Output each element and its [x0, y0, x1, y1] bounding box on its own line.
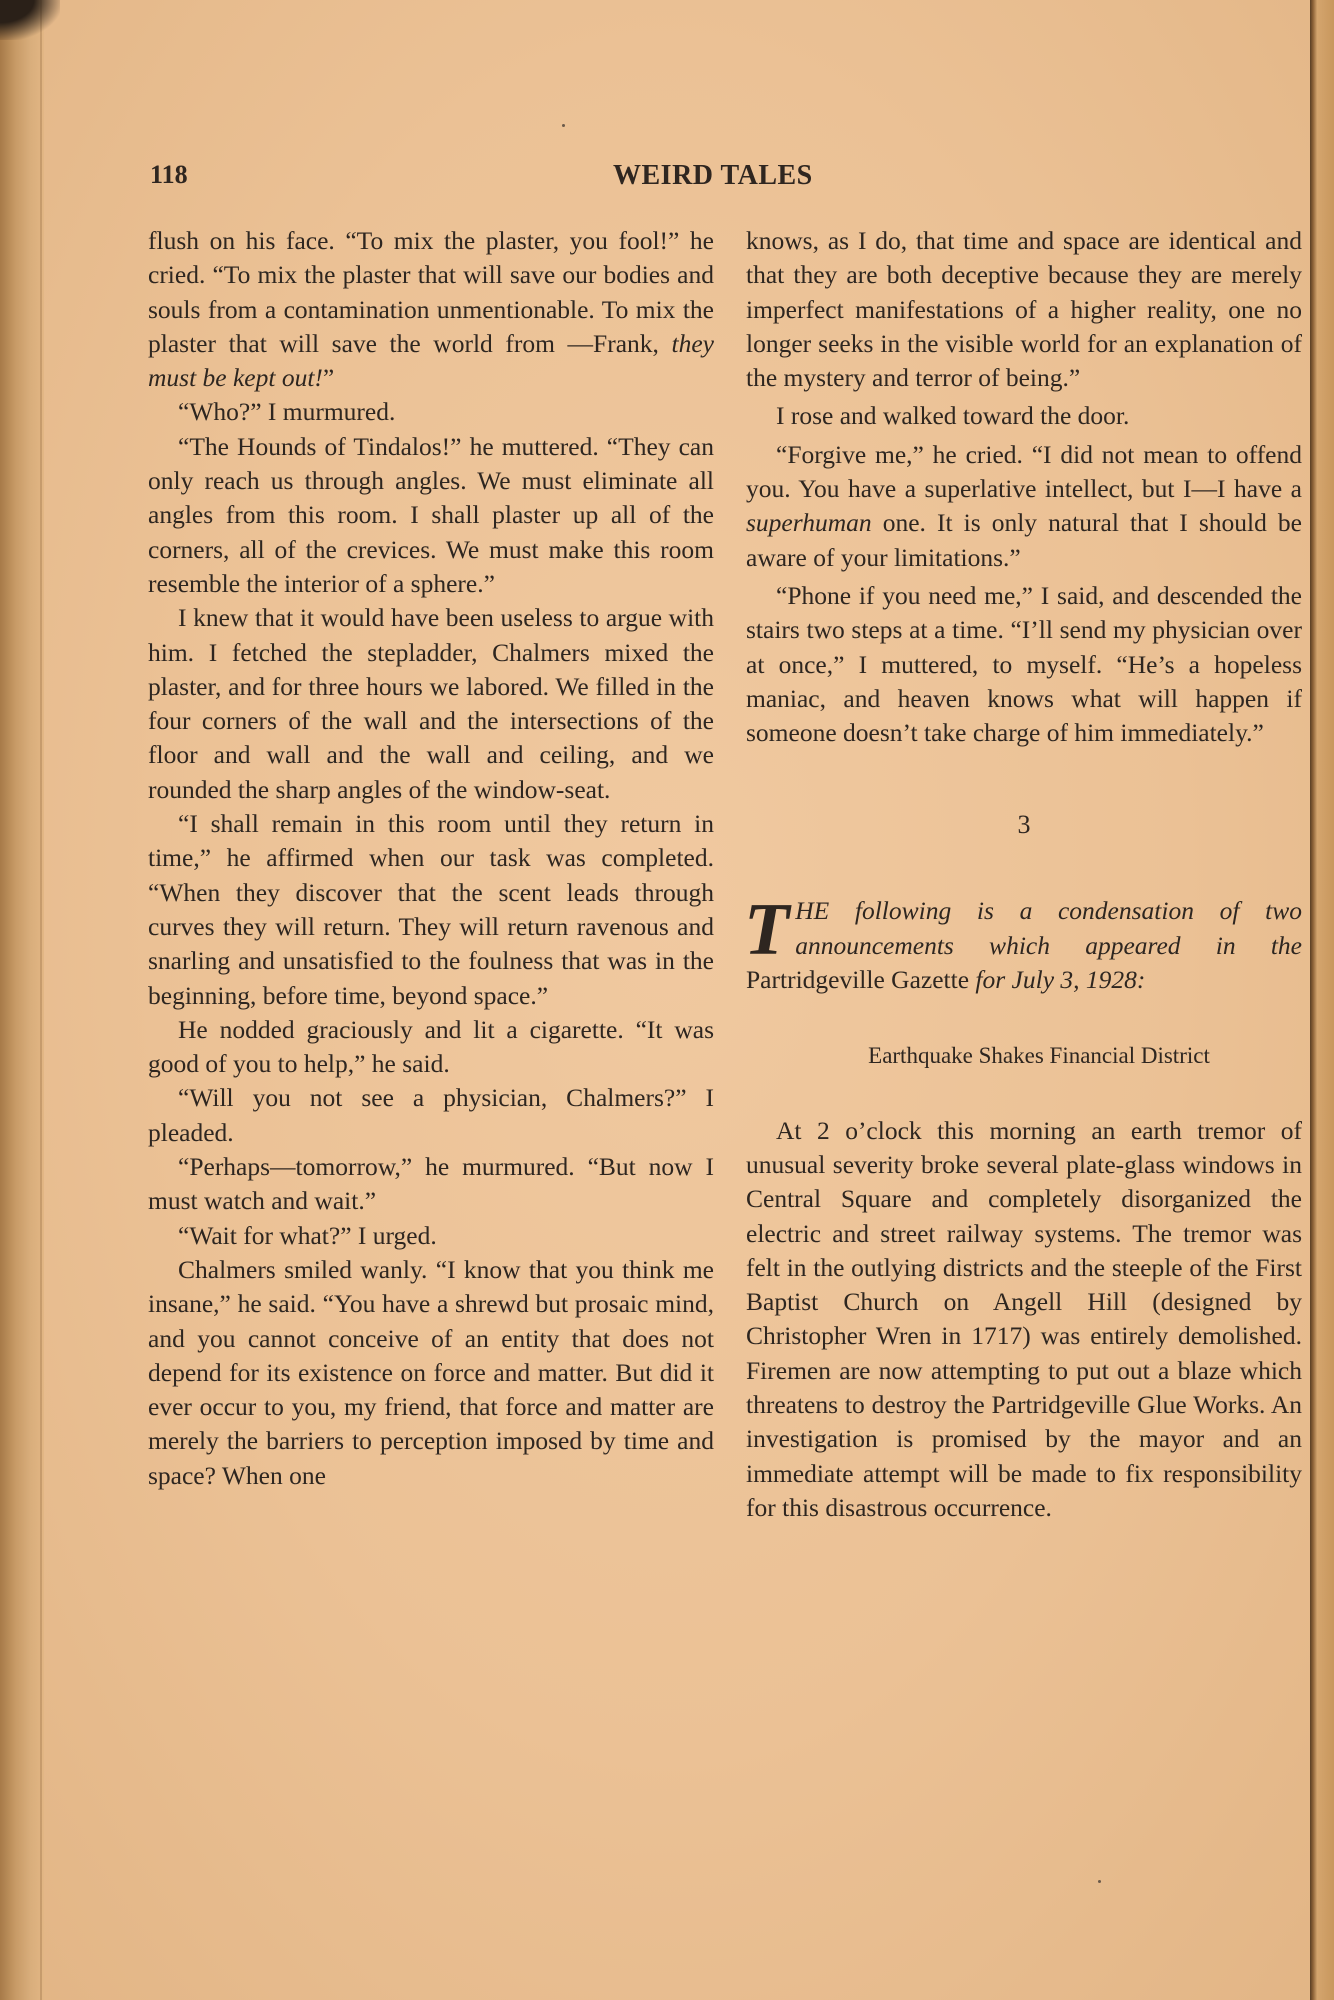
paragraph: I knew that it would have been useless t…: [148, 601, 714, 807]
section-intro: THE following is a condensation of two a…: [746, 894, 1302, 997]
paragraph-text: “Forgive me,” he cried. “I did not mean …: [746, 440, 1302, 503]
left-column: flush on his face. “To mix the plaster, …: [148, 224, 714, 1493]
newspaper-name: Partridgeville Gazette: [746, 965, 969, 994]
scan-speck: [562, 124, 565, 127]
drop-cap: T: [744, 900, 789, 960]
binding-crease: [40, 0, 42, 2000]
page-number: 118: [150, 160, 188, 190]
paragraph: “Forgive me,” he cried. “I did not mean …: [746, 438, 1302, 575]
paragraph: flush on his face. “To mix the plaster, …: [148, 224, 714, 395]
magazine-title: WEIRD TALES: [613, 160, 813, 192]
scan-speck: [1098, 1880, 1101, 1883]
paragraph: “Perhaps—tomorrow,” he murmured. “But no…: [148, 1150, 714, 1219]
paragraph: “The Hounds of Tindalos!” he mut­tered. …: [148, 430, 714, 601]
paragraph: I rose and walked toward the door.: [746, 399, 1302, 433]
page-stack-edge: [1310, 0, 1334, 2000]
page-binding: [0, 0, 44, 2000]
intro-italic-text: HE following is a condensation of two an…: [795, 896, 1302, 959]
paragraph: Chalmers smiled wanly. “I know that you …: [148, 1253, 714, 1493]
section-number: 3: [746, 808, 1302, 842]
paragraph: He nodded graciously and lit a cig­arett…: [148, 1013, 714, 1082]
paragraph: “I shall remain in this room until they …: [148, 807, 714, 1013]
paragraph-text: flush on his face. “To mix the plaster, …: [148, 226, 714, 358]
news-headline: Earthquake Shakes Financial District: [746, 1039, 1302, 1073]
paragraph-text: ”: [323, 363, 334, 392]
italic-text: superhuman: [746, 508, 872, 537]
paragraph: “Who?” I murmured.: [148, 395, 714, 429]
running-head: 118 WEIRD TALES: [150, 160, 1300, 200]
paragraph: “Phone if you need me,” I said, and desc…: [746, 579, 1302, 750]
right-column: knows, as I do, that time and space are …: [746, 224, 1302, 1525]
paragraph: knows, as I do, that time and space are …: [746, 224, 1302, 395]
paragraph: “Will you not see a physician, Chal­mers…: [148, 1081, 714, 1150]
news-paragraph: At 2 o’clock this morning an earth tremo…: [746, 1114, 1302, 1526]
paragraph: “Wait for what?” I urged.: [148, 1219, 714, 1253]
magazine-page: 118 WEIRD TALES flush on his face. “To m…: [0, 0, 1334, 2000]
corner-shadow: [0, 0, 60, 40]
intro-italic-text: for July 3, 1928:: [975, 965, 1145, 994]
